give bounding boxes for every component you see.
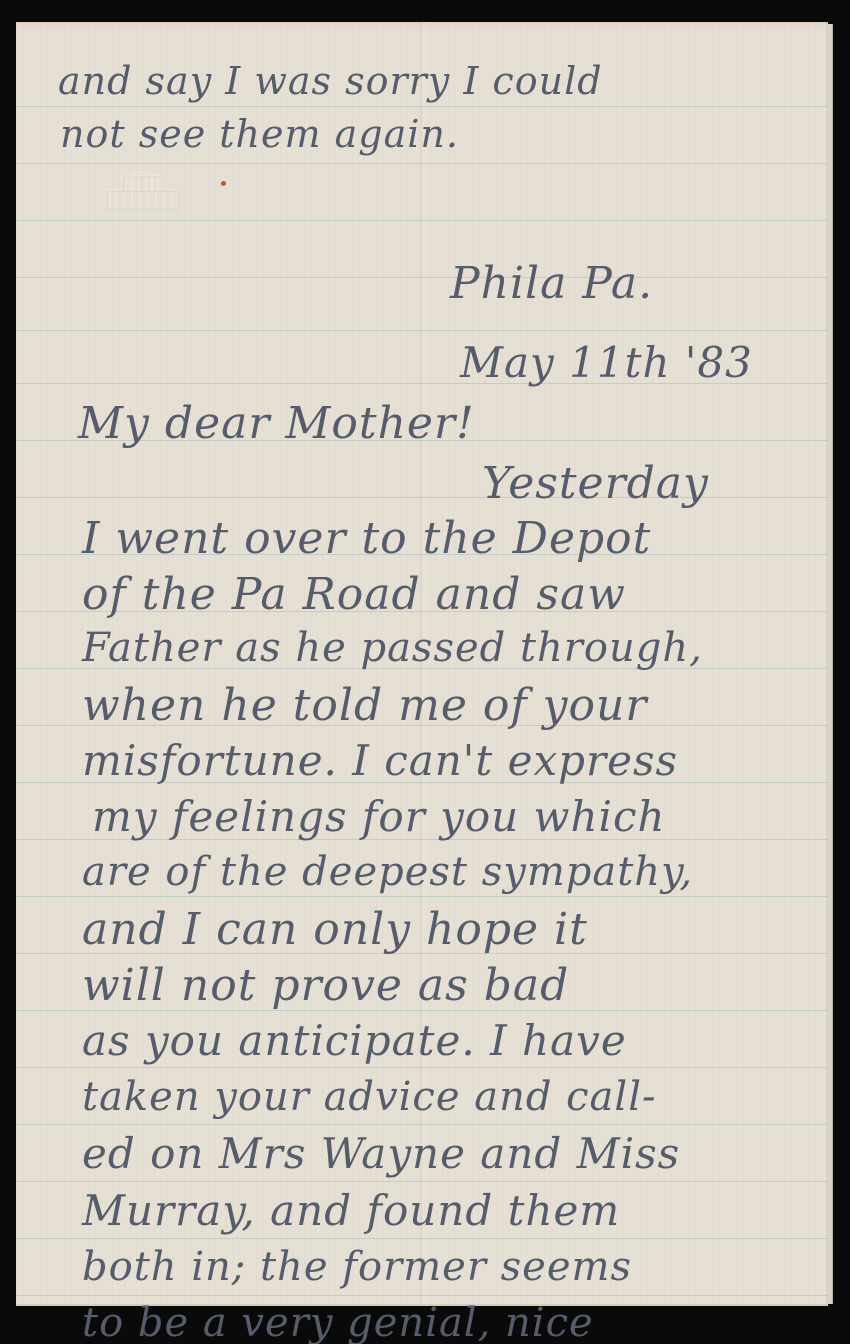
letter-place: Phila Pa.: [450, 262, 653, 306]
ruled-line: [16, 1067, 828, 1068]
ruled-line: [16, 896, 828, 897]
body-line: taken your advice and call-: [82, 1077, 657, 1117]
body-line: misfortune. I can't express: [82, 740, 678, 782]
ruled-line: [16, 1295, 828, 1296]
ruled-line: [16, 106, 828, 107]
ruled-line: [16, 1124, 828, 1125]
paper-edge: [826, 24, 833, 1304]
body-line: are of the deepest sympathy,: [82, 852, 693, 892]
body-line: and I can only hope it: [82, 908, 588, 952]
ruled-line: [16, 1238, 828, 1239]
ruled-line: [16, 220, 828, 221]
body-line: when he told me of your: [82, 684, 647, 728]
continuation-line-1: and say I was sorry I could: [58, 62, 603, 100]
body-line: I went over to the Depot: [82, 517, 651, 561]
body-line: as you anticipate. I have: [82, 1020, 627, 1062]
embossed-building-icon: [100, 168, 184, 212]
body-line: Murray, and found them: [82, 1190, 620, 1232]
ruled-line: [16, 330, 828, 331]
ruled-line: [16, 163, 828, 164]
body-line: Father as he passed through,: [82, 628, 703, 668]
salutation: My dear Mother!: [78, 402, 475, 446]
body-line: my feelings for you which: [92, 796, 666, 838]
ink-stain: [221, 181, 226, 186]
body-line: Yesterday: [482, 462, 709, 506]
body-line: both in; the former seems: [82, 1247, 632, 1287]
body-line: of the Pa Road and saw: [82, 573, 626, 617]
letter-date: May 11th '83: [460, 342, 753, 384]
ruled-line: [16, 1181, 828, 1182]
body-line: will not prove as bad: [82, 964, 569, 1008]
body-line: ed on Mrs Wayne and Miss: [82, 1133, 680, 1175]
continuation-line-2: not see them again.: [60, 115, 459, 153]
body-line: to be a very genial, nice: [82, 1303, 594, 1343]
ruled-line: [16, 277, 828, 278]
